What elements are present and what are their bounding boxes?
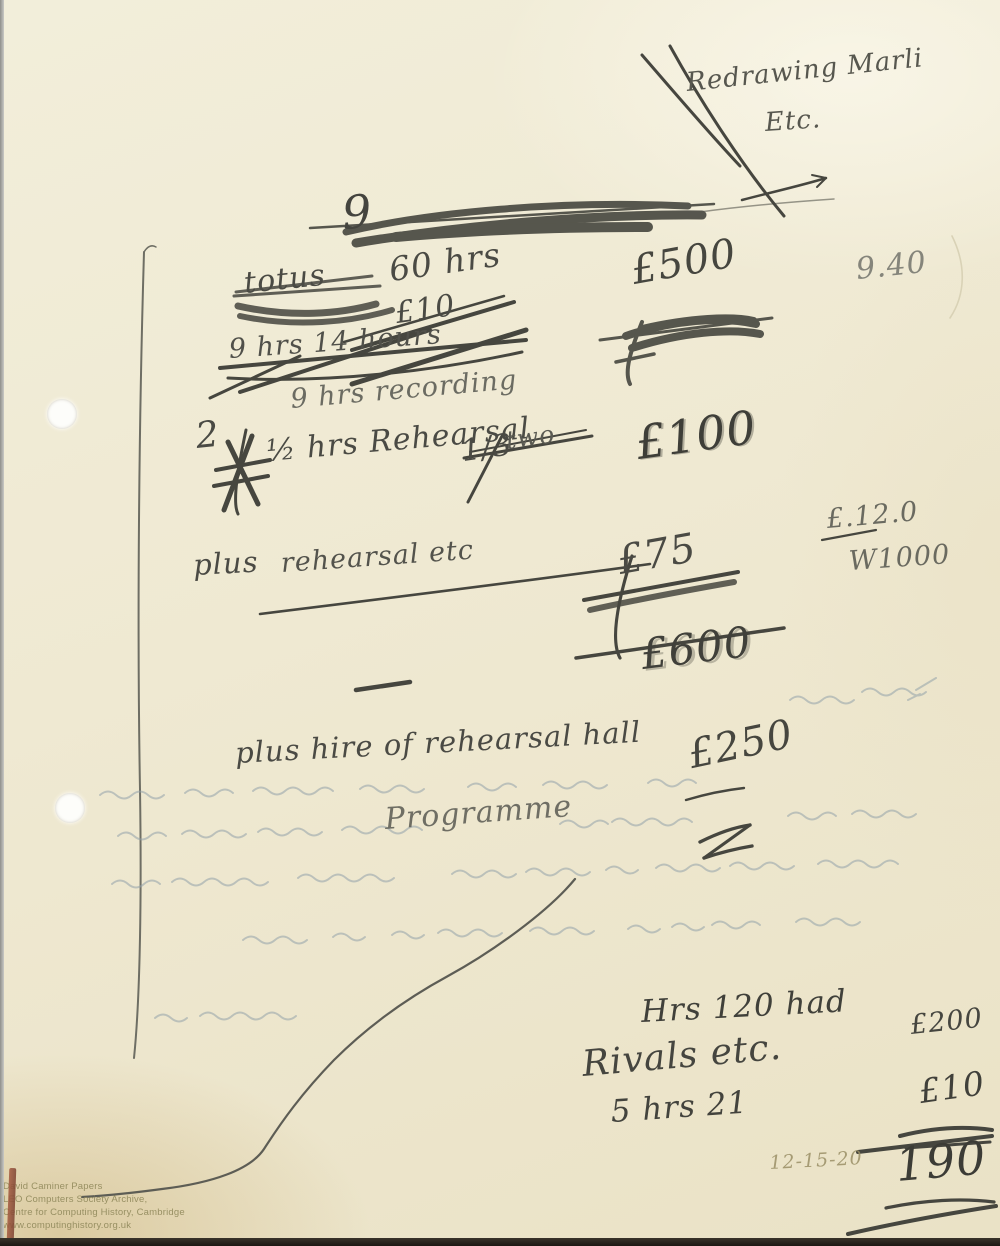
bleed-squiggle [730,863,794,870]
bleed-squiggle [392,932,424,939]
hire-120-line: Hrs 120 had [640,983,848,1030]
scanned-document-page: Redrawing Marli Etc. 9.40 9 totus 60 hrs… [0,0,1000,1246]
archive-watermark: David Caminer Papers LEO Computers Socie… [3,1180,185,1232]
header-note-line2: Etc. [764,104,822,138]
bleed-squiggle [185,790,233,797]
plus-word: plus [192,545,259,582]
watermark-line: www.computinghistory.org.uk [3,1219,185,1232]
bleed-squiggle [796,919,860,926]
grand-total-190: 190 [893,1130,988,1192]
bleed-squiggle [712,922,760,929]
struck-amount-75: £75 [614,525,700,584]
amount-100: £100 [632,400,759,470]
recording-line: 9 hrs recording [289,364,518,415]
bleed-squiggle [200,1013,296,1020]
bleed-squiggle [243,937,307,944]
watermark-line: LEO Computers Society Archive, [3,1193,185,1206]
bleed-squiggle [360,786,424,793]
bleed-squiggle [852,811,916,818]
hours-60: 60 hrs [387,235,504,289]
margin-vertical-line [134,246,156,1058]
bleed-squiggle [628,926,660,933]
bleed-squiggle [790,697,854,704]
amount-600: £600 [638,617,754,679]
bleed-squiggle [672,924,704,931]
punch-hole-bottom [55,793,85,823]
amount-500: £500 [628,230,740,294]
dash-mark [356,682,410,690]
obliterated-line-1-scribble [310,199,834,243]
quantity-2: 2 [194,414,222,457]
watermark-line: Centre for Computing History, Cambridge [3,1206,185,1219]
plus-rehearsal-etc: rehearsal etc [280,535,475,579]
struck-hours-line: 9 hrs 14 hours [228,319,443,365]
pencil-stroke-layer [0,0,1000,1246]
programme-word: Programme [384,789,574,837]
bleed-squiggle [606,867,638,874]
five-hours-line: 5 hrs 21 [609,1084,749,1130]
bleed-squiggle [438,930,502,937]
scan-edge-bottom [0,1238,1000,1246]
bleed-squiggle [612,819,692,826]
bleed-squiggle [155,1015,187,1022]
header-note-line1: Redrawing Marli [685,43,925,98]
amount-250: £250 [684,711,797,778]
underline-amount-250 [686,788,744,800]
amount-10-total: £10 [917,1063,988,1111]
bleed-squiggle [452,871,516,878]
struck-word-two: two [504,419,557,455]
obliterated-amount-scribble [600,317,772,384]
bleed-squiggle [530,928,594,935]
bleed-squiggle [526,869,590,876]
sweeping-curve-line [82,879,575,1197]
struck-word-totus: totus [242,258,327,301]
plus-hire-line: plus hire of rehearsal hall [234,715,642,770]
rate-note: £.12.0 [825,496,919,535]
bleed-squiggle [100,792,164,799]
bleed-squiggle [253,788,333,795]
paper-crease-line [950,236,962,318]
w1000-note: W1000 [848,539,951,577]
bleed-squiggle [543,782,607,789]
bleed-squiggle [333,934,365,941]
bleed-squiggle [656,865,720,872]
date-note: 12-15-20 [769,1147,863,1174]
struck-digit: 9 [340,184,374,240]
bleed-squiggle [818,861,898,868]
bleed-squiggle [172,879,268,886]
bleed-squiggle [182,831,246,838]
bleed-squiggle [788,813,836,820]
bleed-squiggle [468,784,516,791]
bleed-squiggle [648,780,696,787]
scan-edge-left [0,0,4,1246]
punch-hole-top [47,399,77,429]
bleed-squiggle [862,689,926,696]
rivals-line: Rivals etc. [580,1027,783,1085]
corner-pencil-note: 9.40 [854,245,928,287]
bleed-squiggle [298,875,394,882]
bleed-squiggle [118,833,166,840]
watermark-line: David Caminer Papers [3,1180,185,1193]
bleed-squiggle [112,881,160,888]
zigzag-mark [700,825,752,858]
bleed-squiggle [258,829,322,836]
amount-200: £200 [909,1003,985,1041]
